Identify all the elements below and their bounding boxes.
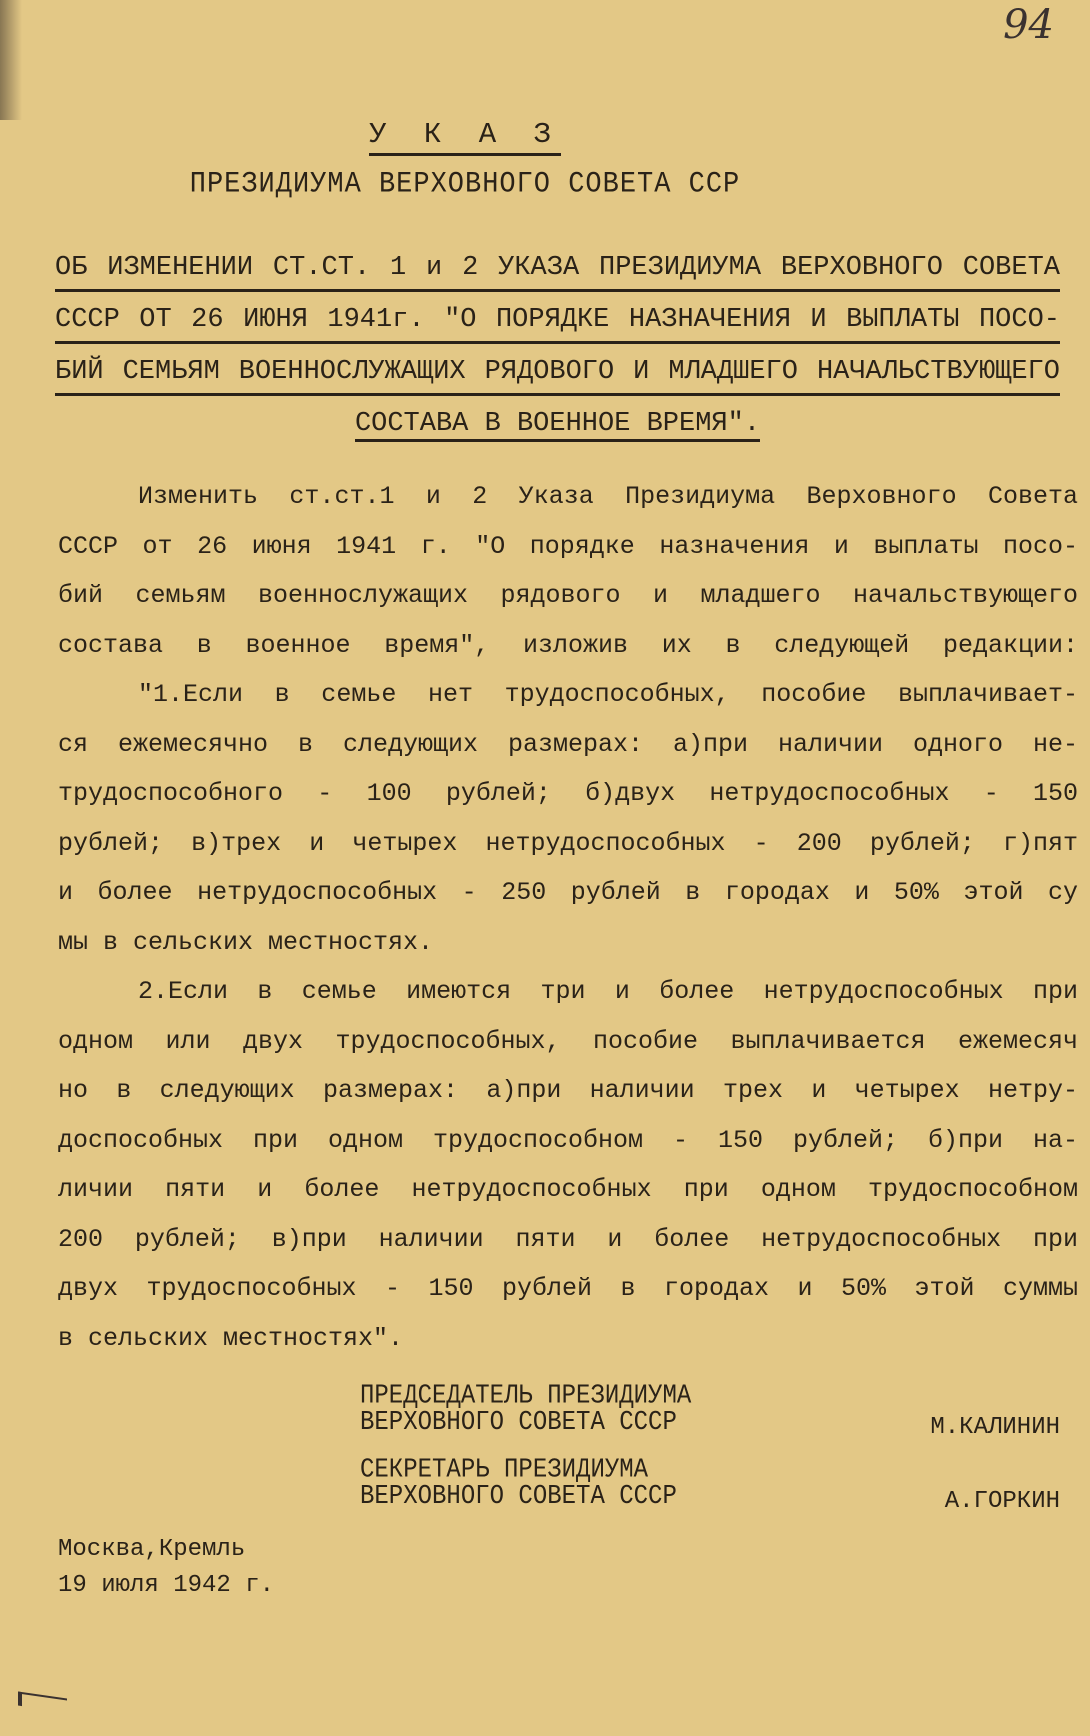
signatory-name: А.ГОРКИН (945, 1488, 1060, 1515)
signature-section: ПРЕДСЕДАТЕЛЬ ПРЕЗИДИУМА ВЕРХОВНОГО СОВЕТ… (360, 1384, 1060, 1532)
body-line: мы в сельских местностях. (58, 918, 1078, 968)
signatory-name: М.КАЛИНИН (930, 1414, 1060, 1441)
body-line: одном или двух трудоспособных, пособие в… (58, 1017, 1078, 1067)
signature-title-line: ПРЕДСЕДАТЕЛЬ ПРЕЗИДИУМА (360, 1384, 1060, 1410)
body-line: Изменить ст.ст.1 и 2 Указа Президиума Ве… (58, 472, 1078, 522)
document-body: Изменить ст.ст.1 и 2 Указа Президиума Ве… (58, 472, 1078, 1363)
page-number: 94 (1003, 2, 1054, 48)
scan-edge-shadow (0, 0, 22, 120)
signature-chairman: ПРЕДСЕДАТЕЛЬ ПРЕЗИДИУМА ВЕРХОВНОГО СОВЕТ… (360, 1384, 1060, 1458)
place-and-date: Москва,Кремль 19 июля 1942 г. (58, 1532, 274, 1604)
body-line: доспособных при одном трудоспособном - 1… (58, 1116, 1078, 1166)
body-line: ся ежемесячно в следующих размерах: а)пр… (58, 720, 1078, 770)
body-line: но в следующих размерах: а)при наличии т… (58, 1066, 1078, 1116)
body-line: в сельских местностях". (58, 1314, 1078, 1364)
body-line: и более нетрудоспособных - 250 рублей в … (58, 868, 1078, 918)
body-line: бий семьям военнослужащих рядового и мла… (58, 571, 1078, 621)
body-line: СССР от 26 июня 1941 г. "О порядке назна… (58, 522, 1078, 572)
heading-line-text: СОСТАВА В ВОЕННОЕ ВРЕМЯ". (355, 409, 760, 442)
document-title: У К А З (0, 118, 930, 151)
body-line: личии пяти и более нетрудоспособных при … (58, 1165, 1078, 1215)
body-line: состава в военное время", изложив их в с… (58, 621, 1078, 671)
document-subtitle: ПРЕЗИДИУМА ВЕРХОВНОГО СОВЕТА ССР (0, 169, 930, 202)
signature-title-line: СЕКРЕТАРЬ ПРЕЗИДИУМА (360, 1458, 1060, 1484)
place: Москва,Кремль (58, 1532, 274, 1568)
body-line: трудоспособного - 100 рублей; б)двух нет… (58, 769, 1078, 819)
signature-secretary: СЕКРЕТАРЬ ПРЕЗИДИУМА ВЕРХОВНОГО СОВЕТА С… (360, 1458, 1060, 1532)
document-heading: ОБ ИЗМЕНЕНИИ СТ.СТ. 1 и 2 УКАЗА ПРЕЗИДИУ… (55, 244, 1060, 449)
body-line: рублей; в)трех и четырех нетрудоспособны… (58, 819, 1078, 869)
body-line: "1.Если в семье нет трудоспособных, посо… (58, 670, 1078, 720)
margin-mark (18, 1692, 67, 1713)
body-line: 2.Если в семье имеются три и более нетру… (58, 967, 1078, 1017)
heading-line: СОСТАВА В ВОЕННОЕ ВРЕМЯ". (55, 400, 1060, 445)
heading-line: СССР ОТ 26 ИЮНЯ 1941г. "О ПОРЯДКЕ НАЗНАЧ… (55, 296, 1060, 344)
date: 19 июля 1942 г. (58, 1568, 274, 1604)
body-line: 200 рублей; в)при наличии пяти и более н… (58, 1215, 1078, 1265)
body-line: двух трудоспособных - 150 рублей в город… (58, 1264, 1078, 1314)
heading-line: ОБ ИЗМЕНЕНИИ СТ.СТ. 1 и 2 УКАЗА ПРЕЗИДИУ… (55, 244, 1060, 292)
document-title-text: У К А З (369, 118, 561, 156)
heading-line: БИЙ СЕМЬЯМ ВОЕННОСЛУЖАЩИХ РЯДОВОГО И МЛА… (55, 348, 1060, 396)
